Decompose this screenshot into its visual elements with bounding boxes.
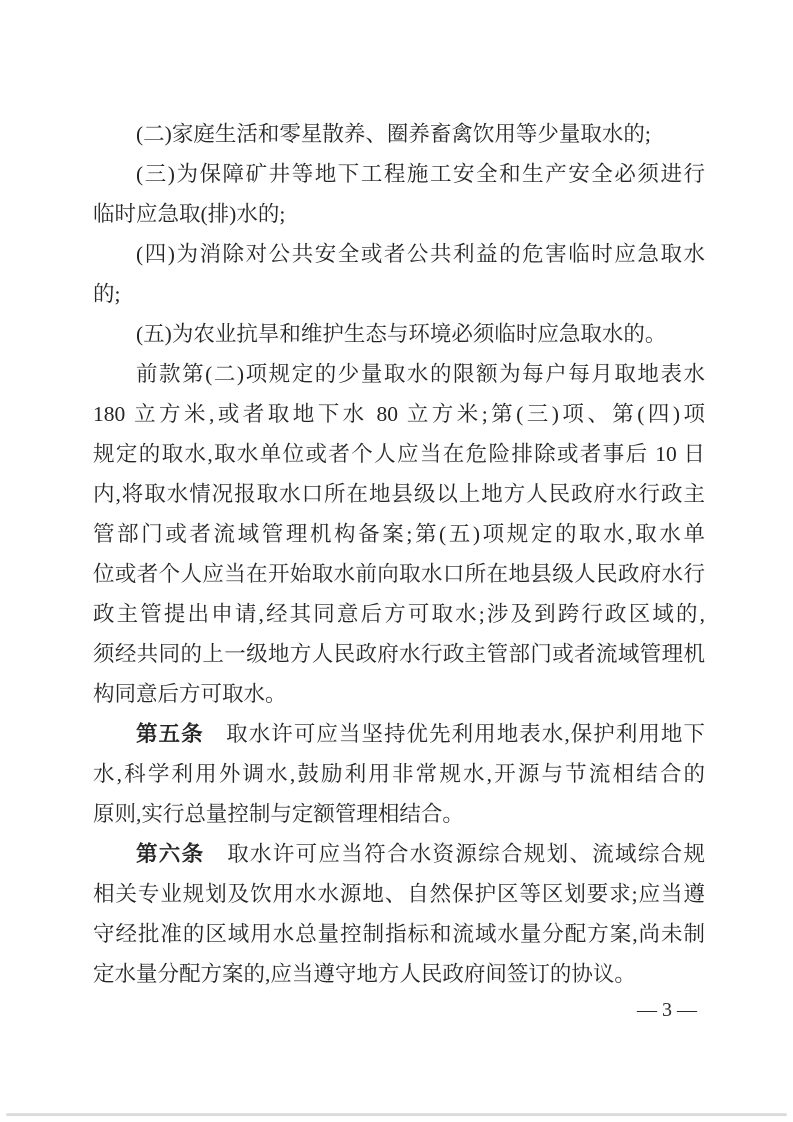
text-line: 相关专业规划及饮用水水源地、自然保护区等区划要求;应当遵: [93, 874, 705, 914]
article-number: 第五条: [136, 722, 204, 746]
line-text: 原则,实行总量控制与定额管理相结合。: [93, 802, 464, 826]
text-line: (四)为消除对公共安全或者公共利益的危害临时应急取水: [93, 234, 705, 274]
text-line: 第五条 取水许可应当坚持优先利用地表水,保护利用地下: [93, 714, 705, 754]
text-line: 位或者个人应当在开始取水前向取水口所在地县级人民政府水行: [93, 554, 705, 594]
text-line: 规定的取水,取水单位或者个人应当在危险排除或者事后 10 日: [93, 434, 705, 474]
line-text: 位或者个人应当在开始取水前向取水口所在地县级人民政府水行: [93, 562, 705, 586]
line-text: 政主管提出申请,经其同意后方可取水;涉及到跨行政区域的,: [93, 602, 705, 626]
line-text: 管部门或者流域管理机构备案;第(五)项规定的取水,取水单: [93, 522, 705, 546]
scan-edge-shadow: [6, 1113, 787, 1116]
text-line: 水,科学利用外调水,鼓励利用非常规水,开源与节流相结合的: [93, 754, 705, 794]
text-line: 构同意后方可取水。: [93, 674, 705, 714]
line-text: 前款第(二)项规定的少量取水的限额为每户每月取地表水: [136, 362, 705, 386]
line-text: 取水许可应当坚持优先利用地表水,保护利用地下: [204, 722, 705, 746]
text-line: 原则,实行总量控制与定额管理相结合。: [93, 794, 705, 834]
text-line: 政主管提出申请,经其同意后方可取水;涉及到跨行政区域的,: [93, 594, 705, 634]
text-line: 内,将取水情况报取水口所在地县级以上地方人民政府水行政主: [93, 474, 705, 514]
text-line: 须经共同的上一级地方人民政府水行政主管部门或者流域管理机: [93, 634, 705, 674]
document-body: (二)家庭生活和零星散养、圈养畜禽饮用等少量取水的;(三)为保障矿井等地下工程施…: [0, 0, 793, 994]
line-text: 构同意后方可取水。: [93, 682, 287, 706]
line-text: 内,将取水情况报取水口所在地县级以上地方人民政府水行政主: [93, 482, 705, 506]
line-text: 定水量分配方案的,应当遵守地方人民政府间签订的协议。: [93, 962, 636, 986]
line-text: 180 立方米,或者取地下水 80 立方米;第(三)项、第(四)项: [93, 402, 705, 426]
line-text: 临时应急取(排)水的;: [93, 202, 285, 226]
scanned-document-page: (二)家庭生活和零星散养、圈养畜禽饮用等少量取水的;(三)为保障矿井等地下工程施…: [0, 0, 793, 1122]
line-text: (三)为保障矿井等地下工程施工安全和生产安全必须进行: [136, 162, 705, 186]
line-text: 的;: [93, 282, 120, 306]
page-footer: — 3 —: [93, 998, 697, 1022]
line-text: (五)为农业抗旱和维护生态与环境必须临时应急取水的。: [136, 322, 666, 346]
line-text: 规定的取水,取水单位或者个人应当在危险排除或者事后 10 日: [93, 442, 705, 466]
line-text: 取水许可应当符合水资源综合规划、流域综合规划、: [136, 842, 705, 874]
article-number: 第六条: [136, 842, 204, 866]
text-line: 180 立方米,或者取地下水 80 立方米;第(三)项、第(四)项: [93, 394, 705, 434]
text-line: 管部门或者流域管理机构备案;第(五)项规定的取水,取水单: [93, 514, 705, 554]
text-line: (五)为农业抗旱和维护生态与环境必须临时应急取水的。: [93, 314, 705, 354]
text-line: 前款第(二)项规定的少量取水的限额为每户每月取地表水: [93, 354, 705, 394]
line-text: 须经共同的上一级地方人民政府水行政主管部门或者流域管理机: [93, 642, 705, 666]
text-line: 的;: [93, 274, 705, 314]
text-line: (二)家庭生活和零星散养、圈养畜禽饮用等少量取水的;: [93, 114, 705, 154]
line-text: 守经批准的区域用水总量控制指标和流域水量分配方案,尚未制: [93, 922, 705, 946]
page-number: — 3 —: [637, 999, 697, 1021]
line-text: (二)家庭生活和零星散养、圈养畜禽饮用等少量取水的;: [136, 122, 651, 146]
text-line: 守经批准的区域用水总量控制指标和流域水量分配方案,尚未制: [93, 914, 705, 954]
line-text: 相关专业规划及饮用水水源地、自然保护区等区划要求;应当遵: [93, 882, 705, 906]
text-line: 定水量分配方案的,应当遵守地方人民政府间签订的协议。: [93, 954, 705, 994]
text-line: (三)为保障矿井等地下工程施工安全和生产安全必须进行: [93, 154, 705, 194]
line-text: (四)为消除对公共安全或者公共利益的危害临时应急取水: [136, 242, 705, 266]
text-line: 第六条 取水许可应当符合水资源综合规划、流域综合规划、: [93, 834, 705, 874]
text-line: 临时应急取(排)水的;: [93, 194, 705, 234]
line-text: 水,科学利用外调水,鼓励利用非常规水,开源与节流相结合的: [93, 762, 705, 786]
